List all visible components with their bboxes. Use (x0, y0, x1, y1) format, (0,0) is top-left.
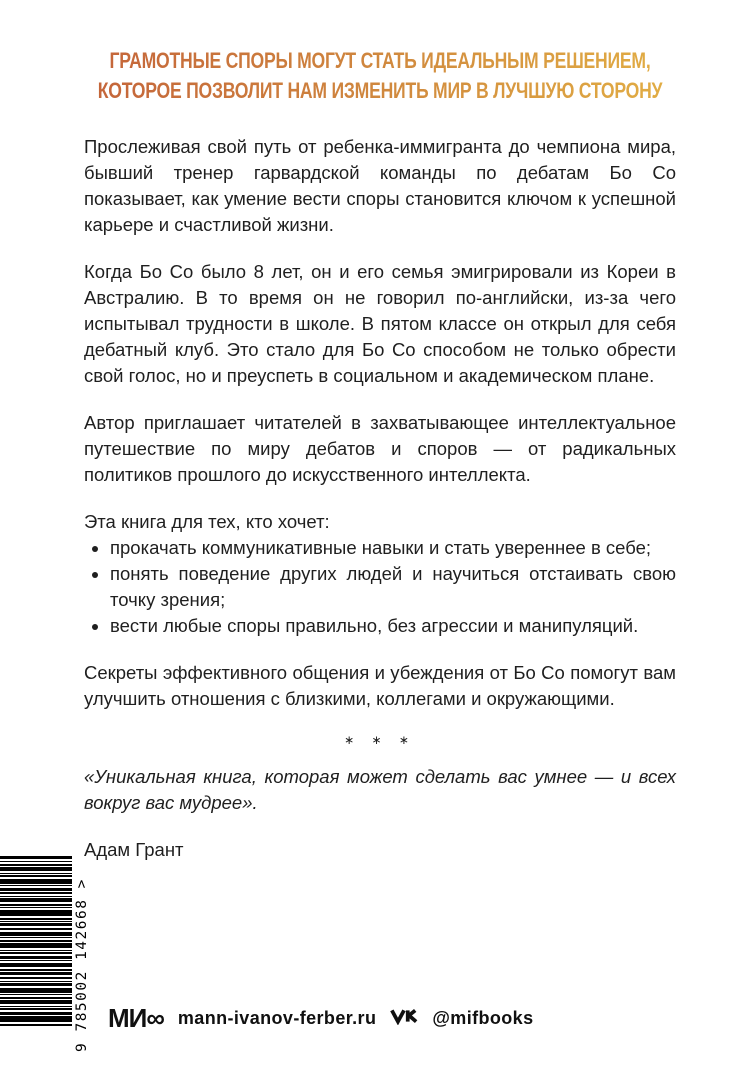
barcode-bar (0, 994, 72, 995)
barcode-bar (0, 943, 72, 948)
barcode-number: 9 785002 142668 > (74, 856, 94, 1052)
closing-paragraph: Секреты эффективного общения и убеждения… (84, 660, 676, 712)
book-back-cover: ГРАМОТНЫЕ СПОРЫ МОГУТ СТАТЬ ИДЕАЛЬНЫМ РЕ… (0, 0, 739, 1080)
barcode (0, 856, 72, 1027)
barcode-bar (0, 977, 72, 979)
barcode-bar (0, 892, 72, 894)
cover-text-block: ГРАМОТНЫЕ СПОРЫ МОГУТ СТАТЬ ИДЕАЛЬНЫМ РЕ… (84, 46, 676, 884)
paragraph-story: Когда Бо Со было 8 лет, он и его семья э… (84, 259, 676, 389)
barcode-bar (0, 972, 72, 975)
barcode-bar (0, 888, 72, 891)
barcode-bar (0, 907, 72, 908)
barcode-bar (0, 981, 72, 982)
barcode-bar (0, 932, 72, 936)
barcode-bar (0, 923, 72, 926)
paragraph-journey: Автор приглашает читателей в захватывающ… (84, 410, 676, 488)
audience-list: прокачать коммуникативные навыки и стать… (84, 535, 676, 639)
barcode-bar (0, 997, 72, 999)
barcode-bar (0, 956, 72, 959)
barcode-bar (0, 1006, 72, 1007)
barcode-bar (0, 898, 72, 902)
list-item: понять поведение других людей и научитьс… (110, 561, 676, 613)
barcode-bar (0, 879, 72, 884)
barcode-bar (0, 1008, 72, 1010)
headline: ГРАМОТНЫЕ СПОРЫ МОГУТ СТАТЬ ИДЕАЛЬНЫМ РЕ… (84, 46, 676, 106)
publisher-url: mann-ivanov-ferber.ru (178, 1008, 376, 1029)
list-item: прокачать коммуникативные навыки и стать… (110, 535, 676, 561)
barcode-bar (0, 856, 72, 859)
barcode-bar (0, 1016, 72, 1022)
barcode-bar (0, 867, 72, 871)
barcode-bar (0, 1024, 72, 1026)
barcode-bar (0, 1000, 72, 1004)
barcode-bar (0, 928, 72, 930)
quote-attribution: Адам Грант (84, 837, 676, 863)
barcode-bar (0, 950, 72, 951)
barcode-bar (0, 918, 72, 920)
barcode-bar (0, 988, 72, 993)
barcode-bar (0, 952, 72, 954)
barcode-bar (0, 940, 72, 942)
vk-icon (390, 1007, 418, 1030)
barcode-bar (0, 1012, 72, 1015)
barcode-bar (0, 885, 72, 886)
audience-intro: Эта книга для тех, кто хочет: (84, 509, 676, 535)
endorsement-quote: «Уникальная книга, которая может сделать… (84, 764, 676, 816)
publisher-footer: МИ∞ mann-ivanov-ferber.ru @mifbooks (108, 1002, 534, 1034)
section-separator: ∗ ∗ ∗ (84, 733, 676, 747)
headline-line-1: ГРАМОТНЫЕ СПОРЫ МОГУТ СТАТЬ ИДЕАЛЬНЫМ РЕ… (84, 46, 676, 76)
barcode-bar (0, 896, 72, 897)
barcode-bar (0, 983, 72, 986)
mif-logo: МИ∞ (108, 1005, 164, 1031)
barcode-bar (0, 875, 72, 877)
barcode-bar (0, 861, 72, 862)
barcode-bar (0, 969, 72, 971)
barcode-bar (0, 963, 72, 967)
barcode-bar (0, 921, 72, 922)
barcode-bar (0, 937, 72, 938)
headline-line-2: КОТОРОЕ ПОЗВОЛИТ НАМ ИЗМЕНИТЬ МИР В ЛУЧШ… (84, 76, 676, 106)
annotation: Прослеживая свой путь от ребенка-иммигра… (84, 134, 676, 863)
social-handle: @mifbooks (432, 1008, 533, 1029)
barcode-bar (0, 864, 72, 866)
barcode-bar (0, 960, 72, 961)
paragraph-bio: Прослеживая свой путь от ребенка-иммигра… (84, 134, 676, 238)
barcode-bar (0, 910, 72, 916)
barcode-bar (0, 904, 72, 906)
list-item: вести любые споры правильно, без агресси… (110, 613, 676, 639)
barcode-bar (0, 873, 72, 874)
